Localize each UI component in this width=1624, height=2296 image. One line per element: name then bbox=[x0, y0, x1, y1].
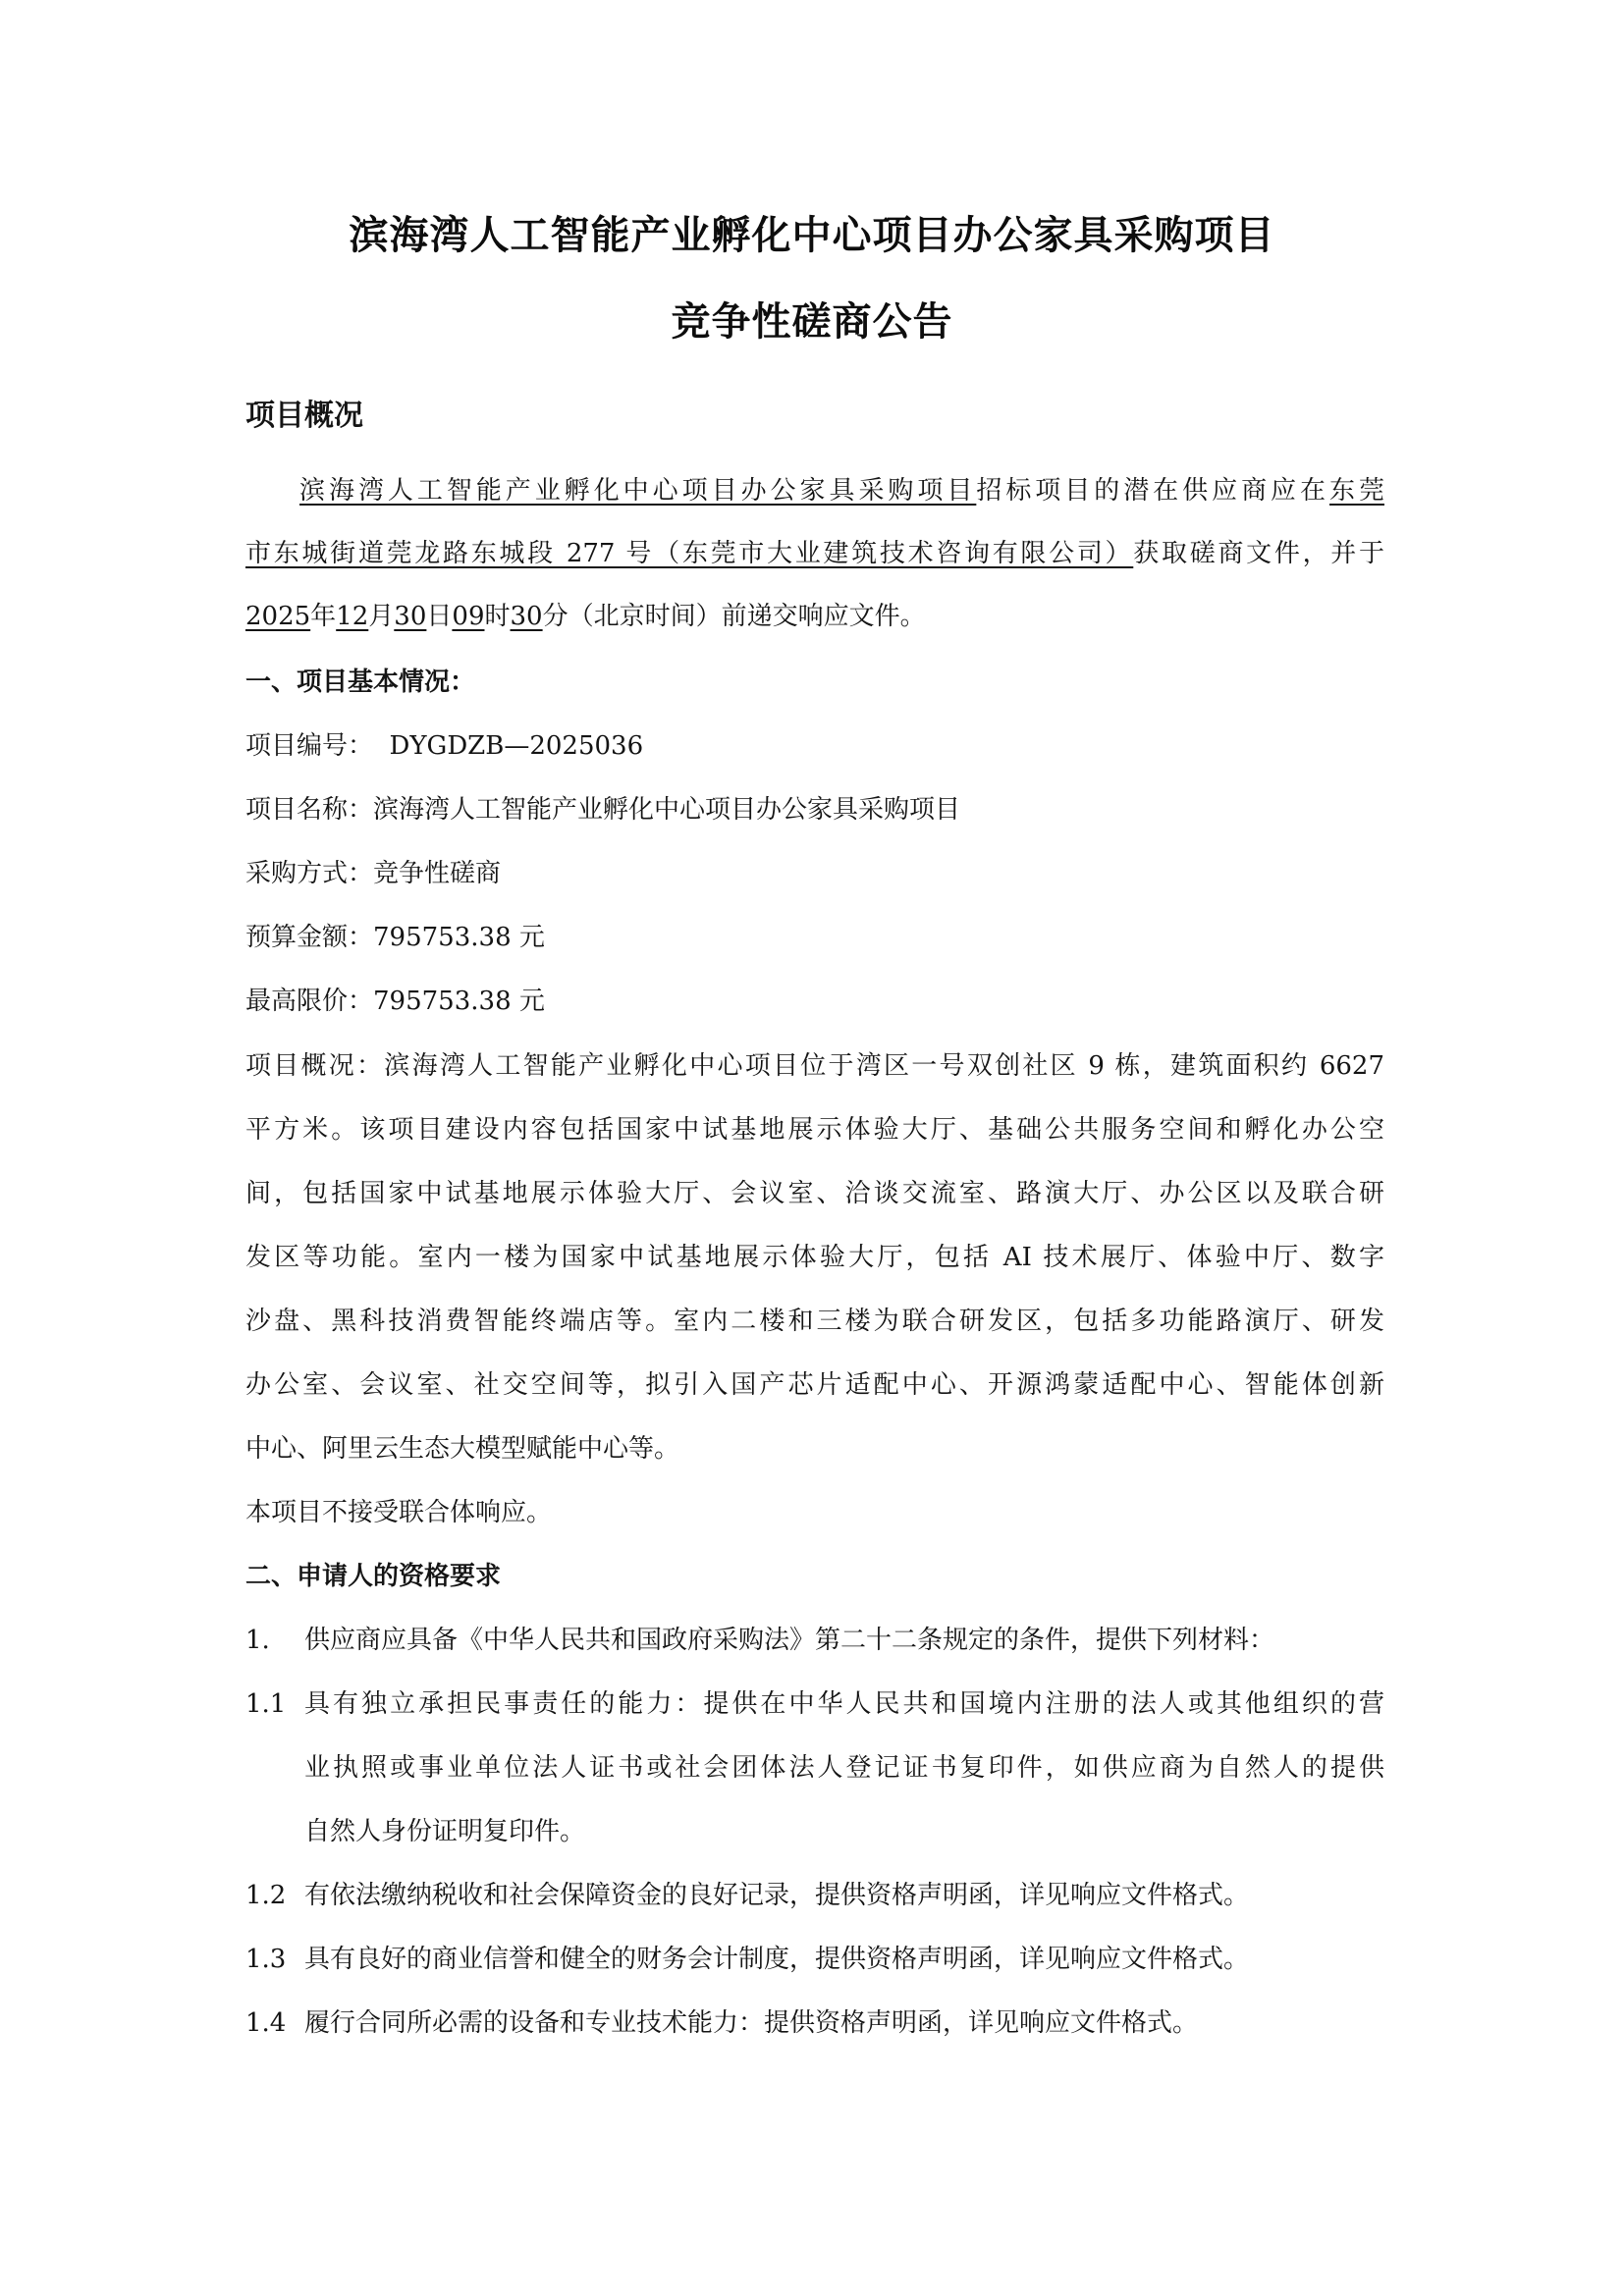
description-line: 项目概况：滨海湾人工智能产业孵化中心项目位于湾区一号双创社区 9 栋，建筑面积约… bbox=[245, 1046, 1384, 1086]
overview-heading: 项目概况 bbox=[245, 397, 1384, 436]
field-label: 采购方式： bbox=[245, 859, 373, 888]
month-unit: 月 bbox=[368, 602, 394, 631]
requirement-item-1-4: 履行合同所必需的设备和专业技术能力：提供资格声明函，详见响应文件格式。 bbox=[304, 2003, 1384, 2043]
deadline-year: 2025 bbox=[245, 602, 310, 631]
field-value: 竞争性磋商 bbox=[373, 859, 501, 888]
field-procurement-method: 采购方式：竞争性磋商 bbox=[245, 854, 1384, 893]
hour-unit: 时 bbox=[485, 602, 511, 631]
overview-intro-line-3: 2025年12月30日09时30分（北京时间）前递交响应文件。 bbox=[245, 597, 1384, 636]
deadline-month: 12 bbox=[336, 602, 368, 631]
document-subtitle: 竞争性磋商公告 bbox=[0, 298, 1624, 346]
description-line: 平方米。该项目建设内容包括国家中试基地展示体验大厅、基础公共服务空间和孵化办公空 bbox=[245, 1110, 1384, 1149]
requirement-item-1-2: 有依法缴纳税收和社会保障资金的良好记录，提供资格声明函，详见响应文件格式。 bbox=[304, 1876, 1384, 1915]
requirement-item-1-1-line: 自然人身份证明复印件。 bbox=[304, 1812, 1384, 1851]
field-label: 最高限价： bbox=[245, 987, 373, 1016]
day-unit: 日 bbox=[426, 602, 452, 631]
field-value: DYGDZB—2025036 bbox=[373, 731, 643, 761]
intro-text-b: 获取磋商文件，并于 bbox=[1133, 539, 1384, 568]
overview-intro-line-1: 滨海湾人工智能产业孵化中心项目办公家具采购项目招标项目的潜在供应商应在东莞 bbox=[299, 471, 1384, 510]
address-part2: 市东城街道莞龙路东城段 277 号（东莞市大业建筑技术咨询有限公司） bbox=[245, 539, 1133, 568]
deadline-hour: 09 bbox=[452, 602, 484, 631]
field-value: 795753.38 元 bbox=[373, 987, 545, 1016]
description-line: 沙盘、黑科技消费智能终端店等。室内二楼和三楼为联合研发区，包括多功能路演厅、研发 bbox=[245, 1302, 1384, 1341]
field-value: 滨海湾人工智能产业孵化中心项目办公家具采购项目 bbox=[373, 795, 960, 825]
field-project-number: 项目编号： DYGDZB—2025036 bbox=[245, 726, 1384, 766]
document-page: 滨海湾人工智能产业孵化中心项目办公家具采购项目 竞争性磋商公告 项目概况 滨海湾… bbox=[0, 0, 1624, 2296]
field-budget-amount: 预算金额：795753.38 元 bbox=[245, 918, 1384, 957]
section2-heading: 二、申请人的资格要求 bbox=[245, 1557, 1384, 1596]
field-label: 项目编号： bbox=[245, 731, 373, 761]
intro-text-a: 招标项目的潜在供应商应在 bbox=[976, 476, 1329, 506]
description-line: 间，包括国家中试基地展示体验大厅、会议室、洽谈交流室、路演大厅、办公区以及联合研 bbox=[245, 1174, 1384, 1213]
deadline-day: 30 bbox=[394, 602, 426, 631]
field-label: 项目名称： bbox=[245, 795, 373, 825]
description-line: 中心、阿里云生态大模型赋能中心等。 bbox=[245, 1429, 1384, 1468]
deadline-minute: 30 bbox=[511, 602, 543, 631]
requirement-item-1: 供应商应具备《中华人民共和国政府采购法》第二十二条规定的条件，提供下列材料： bbox=[304, 1621, 1384, 1660]
document-title: 滨海湾人工智能产业孵化中心项目办公家具采购项目 bbox=[0, 212, 1624, 259]
field-value: 795753.38 元 bbox=[373, 923, 545, 952]
field-max-price: 最高限价：795753.38 元 bbox=[245, 982, 1384, 1021]
overview-intro-line-2: 市东城街道莞龙路东城段 277 号（东莞市大业建筑技术咨询有限公司）获取磋商文件… bbox=[245, 534, 1384, 573]
requirement-item-1-3: 具有良好的商业信誉和健全的财务会计制度，提供资格声明函，详见响应文件格式。 bbox=[304, 1940, 1384, 1979]
description-line: 发区等功能。室内一楼为国家中试基地展示体验大厅，包括 AI 技术展厅、体验中厅、… bbox=[245, 1238, 1384, 1277]
consortium-note: 本项目不接受联合体响应。 bbox=[245, 1493, 1384, 1532]
address-part1: 东莞 bbox=[1329, 476, 1384, 506]
field-project-name: 项目名称：滨海湾人工智能产业孵化中心项目办公家具采购项目 bbox=[245, 790, 1384, 829]
requirement-item-1-1-line: 具有独立承担民事责任的能力：提供在中华人民共和国境内注册的法人或其他组织的营 bbox=[304, 1684, 1384, 1724]
requirement-item-1-1-line: 业执照或事业单位法人证书或社会团体法人登记证书复印件，如供应商为自然人的提供 bbox=[304, 1748, 1384, 1788]
minute-unit: 分（北京时间）前递交响应文件。 bbox=[543, 602, 926, 631]
description-line: 办公室、会议室、社交空间等，拟引入国产芯片适配中心、开源鸿蒙适配中心、智能体创新 bbox=[245, 1365, 1384, 1405]
field-label: 预算金额： bbox=[245, 923, 373, 952]
section1-heading: 一、项目基本情况： bbox=[245, 663, 1384, 702]
project-name-underlined: 滨海湾人工智能产业孵化中心项目办公家具采购项目 bbox=[299, 476, 976, 506]
year-unit: 年 bbox=[310, 602, 336, 631]
